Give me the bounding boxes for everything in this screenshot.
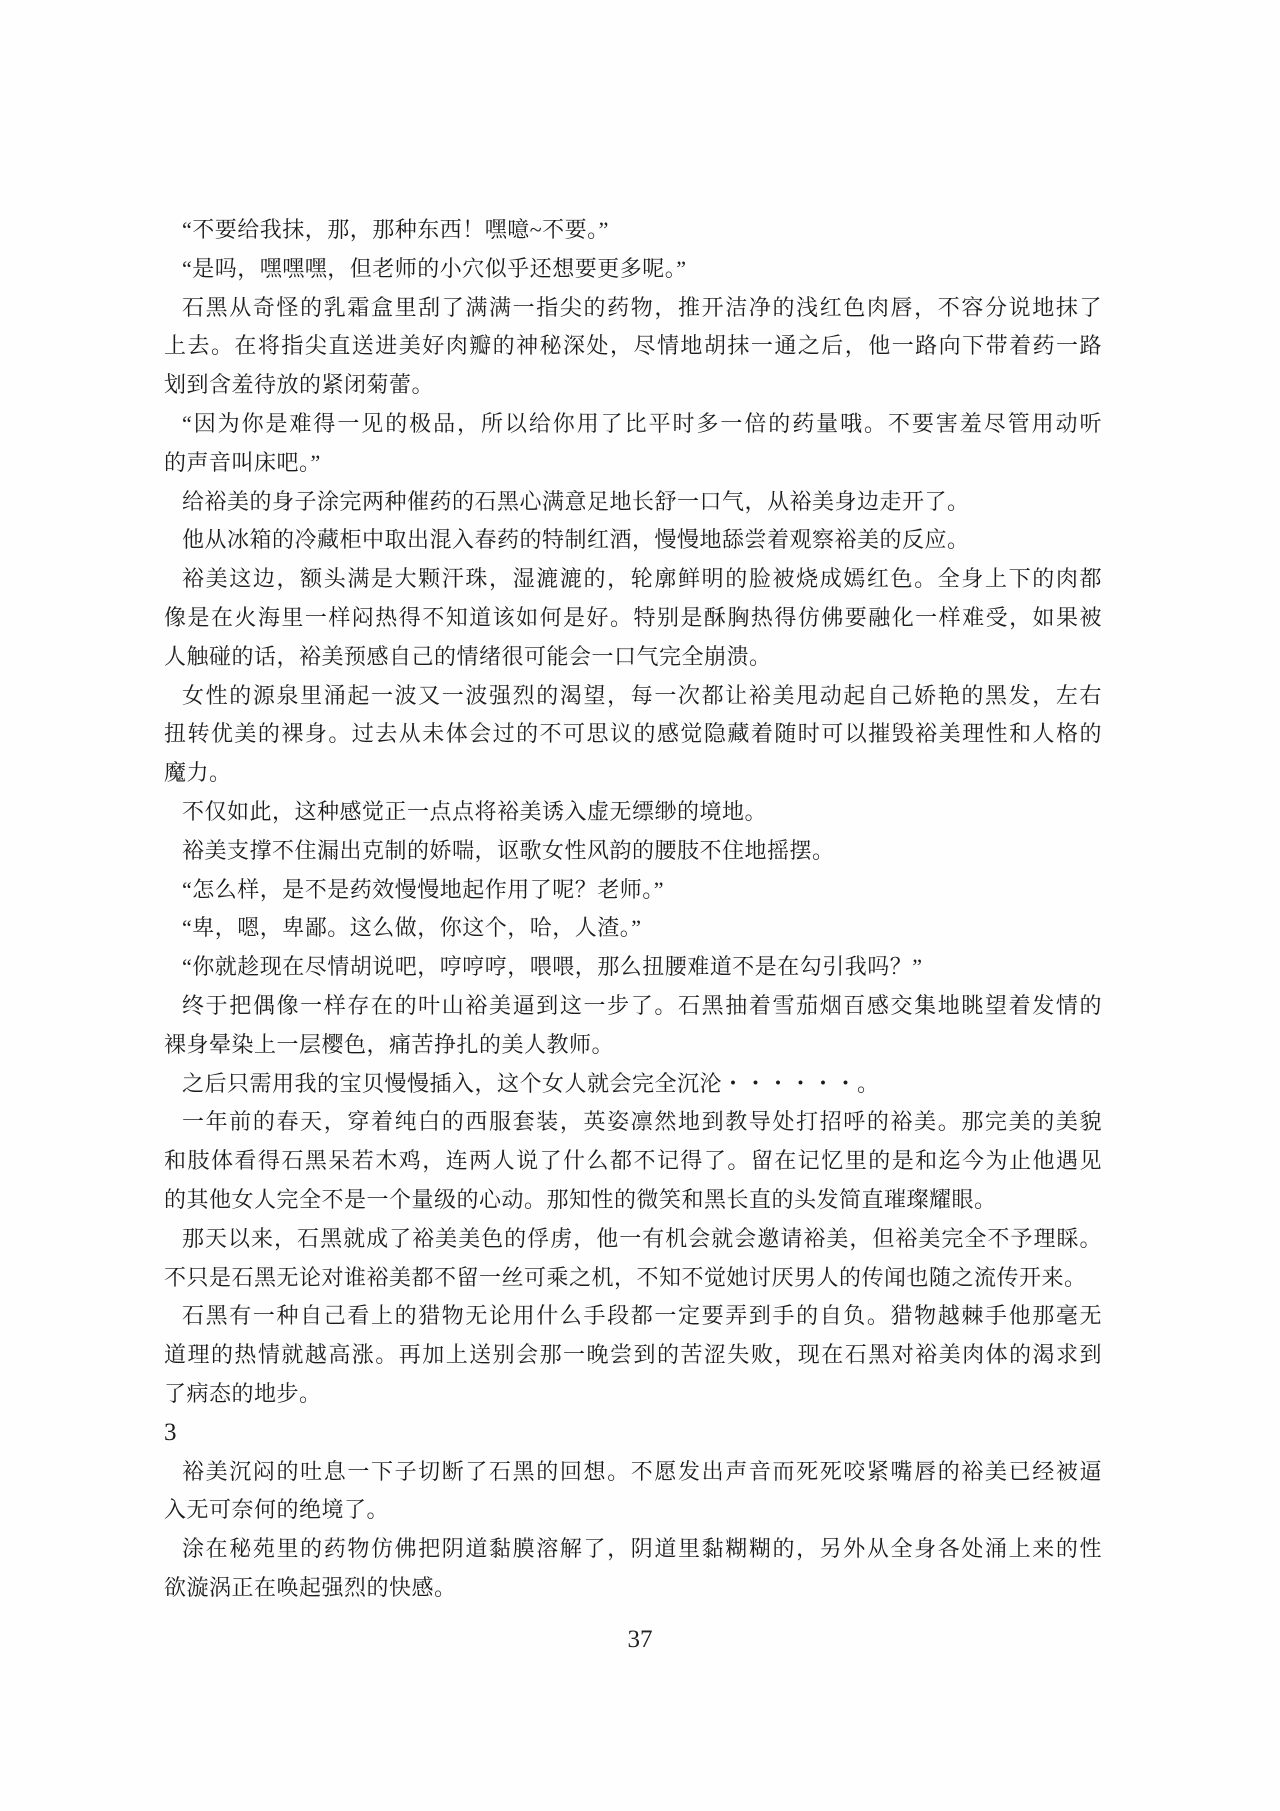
text-line: 给裕美的身子涂完两种催药的石黑心满意足地长舒一口气，从裕美身边走开了。 xyxy=(164,483,1102,522)
text-line: “怎么样，是不是药效慢慢地起作用了呢？老师。” xyxy=(164,871,1102,910)
text-line: 那天以来，石黑就成了裕美美色的俘虏，他一有机会就会邀请裕美，但裕美完全不予理睬。 xyxy=(164,1220,1102,1259)
text-line: 裕美沉闷的吐息一下子切断了石黑的回想。不愿发出声音而死死咬紧嘴唇的裕美已经被逼 xyxy=(164,1453,1102,1492)
text-line: 像是在火海里一样闷热得不知道该如何是好。特别是酥胸热得仿佛要融化一样难受，如果被 xyxy=(164,599,1102,638)
text-line: 划到含羞待放的紧闭菊蕾。 xyxy=(164,366,1102,405)
text-line: 不只是石黑无论对谁裕美都不留一丝可乘之机，不知不觉她讨厌男人的传闻也随之流传开来… xyxy=(164,1259,1102,1298)
text-line: 裕美这边，额头满是大颗汗珠，湿漉漉的，轮廓鲜明的脸被烧成嫣红色。全身上下的肉都 xyxy=(164,560,1102,599)
text-line: “不要给我抹，那，那种东西！嘿噫~不要。” xyxy=(164,211,1102,250)
text-line: 了病态的地步。 xyxy=(164,1375,1102,1414)
text-line: 裕美支撑不住漏出克制的娇喘，讴歌女性风韵的腰肢不住地摇摆。 xyxy=(164,832,1102,871)
text-line: “你就趁现在尽情胡说吧，哼哼哼，喂喂，那么扭腰难道不是在勾引我吗？” xyxy=(164,948,1102,987)
text-line: 他从冰箱的冷藏柜中取出混入春药的特制红酒，慢慢地舔尝着观察裕美的反应。 xyxy=(164,521,1102,560)
text-line: 扭转优美的裸身。过去从未体会过的不可思议的感觉隐藏着随时可以摧毁裕美理性和人格的 xyxy=(164,715,1102,754)
text-line: 的声音叫床吧。” xyxy=(164,444,1102,483)
text-line: 上去。在将指尖直送进美好肉瓣的神秘深处，尽情地胡抹一通之后，他一路向下带着药一路 xyxy=(164,327,1102,366)
page-text-block: “不要给我抹，那，那种东西！嘿噫~不要。” “是吗，嘿嘿嘿，但老师的小穴似乎还想… xyxy=(164,211,1102,1608)
text-line: 终于把偶像一样存在的叶山裕美逼到这一步了。石黑抽着雪茄烟百感交集地眺望着发情的 xyxy=(164,987,1102,1026)
text-line: 人触碰的话，裕美预感自己的情绪很可能会一口气完全崩溃。 xyxy=(164,638,1102,677)
text-line: 之后只需用我的宝贝慢慢插入，这个女人就会完全沉沦・・・・・・。 xyxy=(164,1065,1102,1104)
text-line: 的其他女人完全不是一个量级的心动。那知性的微笑和黑长直的头发简直璀璨耀眼。 xyxy=(164,1181,1102,1220)
page-number: 37 xyxy=(0,1626,1280,1654)
text-line: “因为你是难得一见的极品，所以给你用了比平时多一倍的药量哦。不要害羞尽管用动听 xyxy=(164,405,1102,444)
text-line: 和肢体看得石黑呆若木鸡，连两人说了什么都不记得了。留在记忆里的是和迄今为止他遇见 xyxy=(164,1142,1102,1181)
text-line: 不仅如此，这种感觉正一点点将裕美诱入虚无缥缈的境地。 xyxy=(164,793,1102,832)
text-line: 石黑从奇怪的乳霜盒里刮了满满一指尖的药物，推开洁净的浅红色肉唇，不容分说地抹了 xyxy=(164,289,1102,328)
text-line: “卑，嗯，卑鄙。这么做，你这个，哈，人渣。” xyxy=(164,909,1102,948)
text-line: 女性的源泉里涌起一波又一波强烈的渴望，每一次都让裕美甩动起自己娇艳的黑发，左右 xyxy=(164,677,1102,716)
text-line: 裸身晕染上一层樱色，痛苦挣扎的美人教师。 xyxy=(164,1026,1102,1065)
text-line: 涂在秘苑里的药物仿佛把阴道黏膜溶解了，阴道里黏糊糊的，另外从全身各处涌上来的性 xyxy=(164,1530,1102,1569)
text-line: 魔力。 xyxy=(164,754,1102,793)
section-number: 3 xyxy=(164,1414,1102,1453)
text-line: 一年前的春天，穿着纯白的西服套装，英姿凛然地到教导处打招呼的裕美。那完美的美貌 xyxy=(164,1103,1102,1142)
text-line: “是吗，嘿嘿嘿，但老师的小穴似乎还想要更多呢。” xyxy=(164,250,1102,289)
text-line: 欲漩涡正在唤起强烈的快感。 xyxy=(164,1569,1102,1608)
text-line: 道理的热情就越高涨。再加上送别会那一晚尝到的苦涩失败，现在石黑对裕美肉体的渴求到 xyxy=(164,1336,1102,1375)
document-page: “不要给我抹，那，那种东西！嘿噫~不要。” “是吗，嘿嘿嘿，但老师的小穴似乎还想… xyxy=(0,0,1280,1811)
text-line: 石黑有一种自己看上的猎物无论用什么手段都一定要弄到手的自负。猎物越棘手他那毫无 xyxy=(164,1297,1102,1336)
text-line: 入无可奈何的绝境了。 xyxy=(164,1491,1102,1530)
